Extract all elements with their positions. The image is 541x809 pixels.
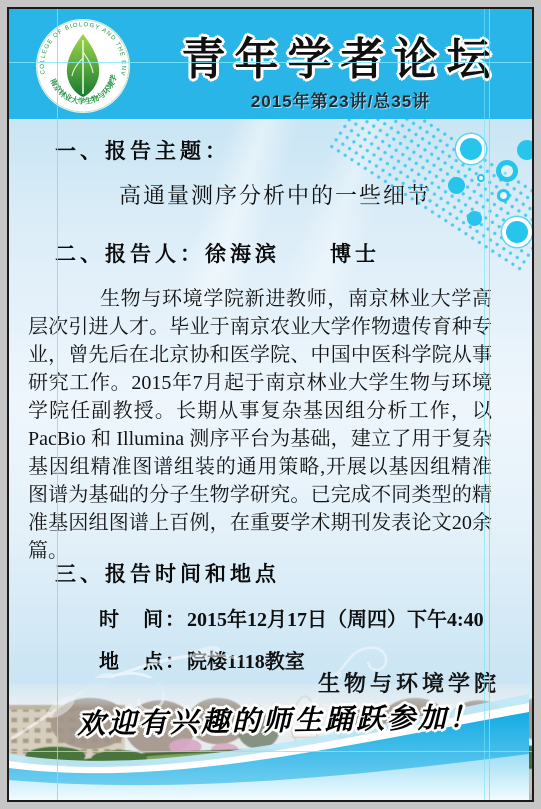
- guide-line-vertical: [57, 9, 58, 800]
- deco-circles: [422, 119, 532, 279]
- series-subtitle: 2015年第23讲/总35讲: [151, 87, 530, 112]
- guide-line-horizontal: [9, 751, 532, 752]
- organizer-name: 生物与环境学院: [318, 667, 500, 698]
- poster-frame: COLLEGE OF BIOLOGY AND THE ENVIRONMENT 南…: [0, 0, 541, 809]
- deco-circle: [467, 211, 482, 226]
- forum-title: 青年学者论坛: [151, 23, 530, 87]
- schedule-heading: 三、报告时间和地点: [55, 558, 280, 588]
- deco-circle: [496, 160, 518, 182]
- deco-circle: [448, 177, 465, 194]
- deco-circle: [456, 134, 486, 164]
- guide-line-horizontal: [9, 62, 532, 63]
- deco-circle: [497, 189, 510, 202]
- topic-heading: 一、报告主题：: [55, 135, 230, 165]
- header-banner: COLLEGE OF BIOLOGY AND THE ENVIRONMENT 南…: [9, 9, 532, 119]
- deco-circle: [517, 140, 534, 160]
- poster-body: 一、报告主题： 高通量测序分析中的一些细节 二、报告人：徐海滨 博士 生物与环境…: [9, 119, 532, 800]
- poster: COLLEGE OF BIOLOGY AND THE ENVIRONMENT 南…: [7, 7, 534, 802]
- welcome-banner: 欢迎有兴趣的师生踊跃参加！: [35, 695, 523, 743]
- speaker-heading: 二、报告人：徐海滨 博士: [55, 238, 380, 268]
- college-logo: COLLEGE OF BIOLOGY AND THE ENVIRONMENT 南…: [35, 18, 131, 114]
- speaker-bio: 生物与环境学院新进教师，南京林业大学高层次引进人才。毕业于南京农业大学作物遗传育…: [28, 285, 492, 565]
- guide-line-vertical: [489, 9, 490, 800]
- deco-circle: [502, 217, 532, 247]
- guide-line-vertical: [484, 9, 485, 800]
